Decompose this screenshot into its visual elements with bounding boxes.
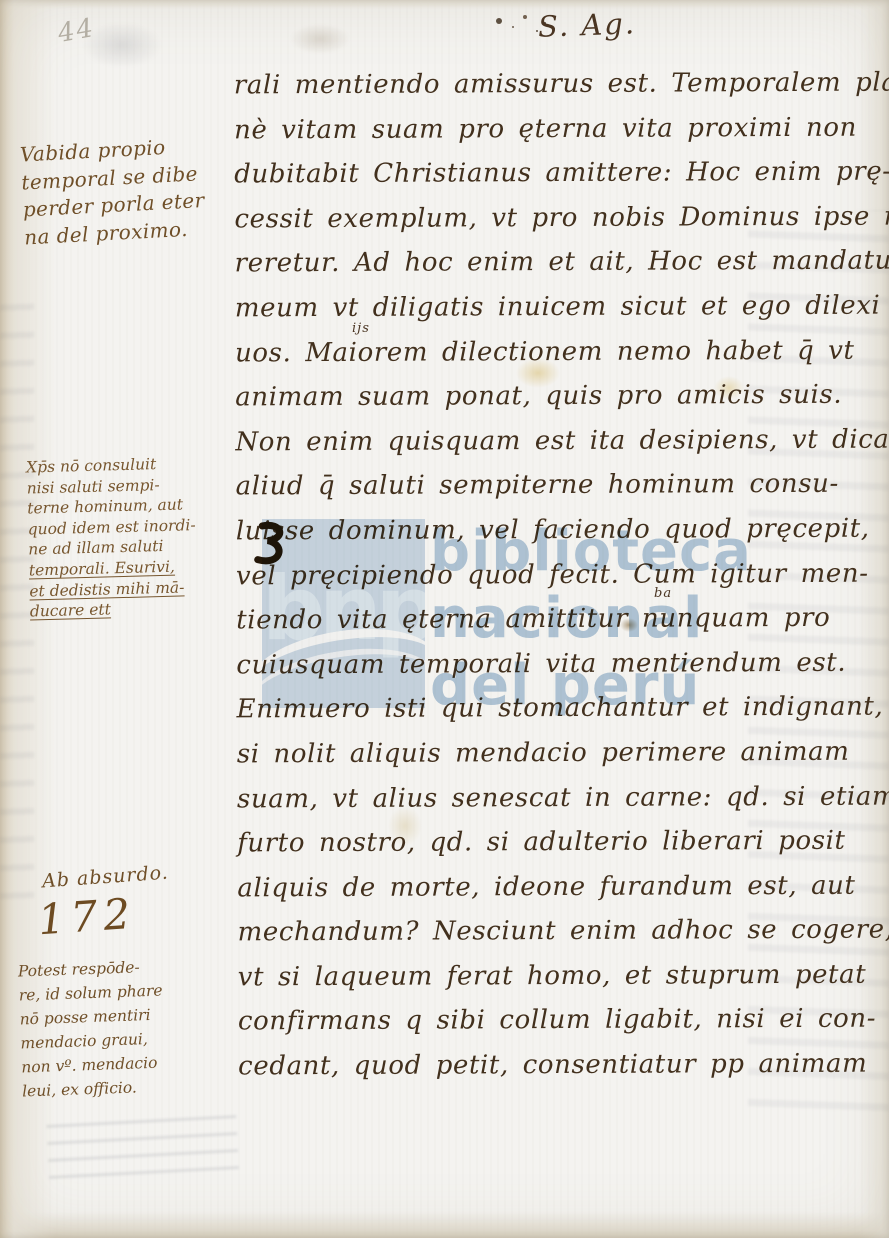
margin-note-line-underlined: ducare ett: [30, 597, 222, 623]
text-line: animam suam ponat, quis pro amicis suis.: [235, 373, 883, 420]
interlinear-correction: ba: [654, 586, 672, 601]
text-line: cessit exemplum, vt pro nobis Dominus ip…: [234, 194, 882, 241]
text-line: dubitabit Christianus amittere: Hoc enim…: [234, 150, 882, 197]
page-title: S. Ag.: [537, 6, 636, 43]
main-text: rali mentiendo amissurus est. Temporalem…: [234, 61, 886, 1089]
margin-note-potest-respondere: Potest respōde- re, id solum phare nō po…: [18, 953, 223, 1104]
text-line: furto nostro, qd. si adulterio liberari …: [237, 819, 885, 866]
text-line: reretur. Ad hoc enim et ait, Hoc est man…: [235, 239, 883, 286]
text-line: cedant, quod petit, consentiatur pp anim…: [238, 1042, 886, 1089]
text-line: aliquis de morte, ideone furandum est, a…: [237, 863, 885, 910]
margin-note-number: 172: [36, 889, 137, 945]
text-line: mechandum? Nesciunt enim adhoc se cogere…: [237, 908, 885, 955]
text-line: rali mentiendo amissurus est. Temporalem…: [234, 61, 882, 108]
margin-note-vida-temporal: Vabida propio temporal se dibe perder po…: [19, 131, 236, 252]
margin-note-ab-absurdo: Ab absurdo.: [41, 862, 169, 893]
interlinear-correction: ijs: [352, 321, 370, 336]
text-line: uos. Maiorem dilectionem nemo habet q̄ v…: [235, 328, 883, 375]
text-line: Enimuero isti qui stomachantur et indign…: [236, 685, 884, 732]
text-line: aliud q̄ saluti sempiterne hominum consu…: [236, 462, 884, 509]
text-line: luisse dominum, vel faciendo quod pręcep…: [236, 507, 884, 554]
text-line: nè vitam suam pro ęterna vita proximi no…: [234, 105, 882, 152]
folio-number: 44: [56, 13, 98, 49]
text-line: vel pręcipiendo quod fecit. Cum igitur m…: [236, 551, 884, 598]
ink-blot: [249, 518, 293, 578]
margin-note-christus-consuluit: Xp̄s nō consuluit nisi saluti sempi- ter…: [26, 453, 222, 623]
text-line: confirmans q sibi collum ligabit, nisi e…: [238, 997, 886, 1044]
text-line: tiendo vita ęterna amittitur nunquam pro: [236, 596, 884, 643]
text-line: meum vt diligatis inuicem sicut et ego d…: [235, 284, 883, 331]
text-line: si nolit aliquis mendacio perimere anima…: [237, 729, 885, 776]
ink-smudge: [290, 24, 350, 54]
text-line: vt si laqueum ferat homo, et stuprum pet…: [238, 952, 886, 999]
text-line: cuiusquam temporali vita mentiendum est.: [236, 640, 884, 687]
text-line: Non enim quisquam est ita desipiens, vt …: [235, 417, 883, 464]
showthrough-bottom: [46, 1113, 239, 1193]
manuscript-page: 44 S. Ag. rali mentiendo amissurus est. …: [0, 0, 889, 1238]
text-line: suam, vt alius senescat in carne: qd. si…: [237, 774, 885, 821]
ink-speckles: [496, 18, 502, 24]
